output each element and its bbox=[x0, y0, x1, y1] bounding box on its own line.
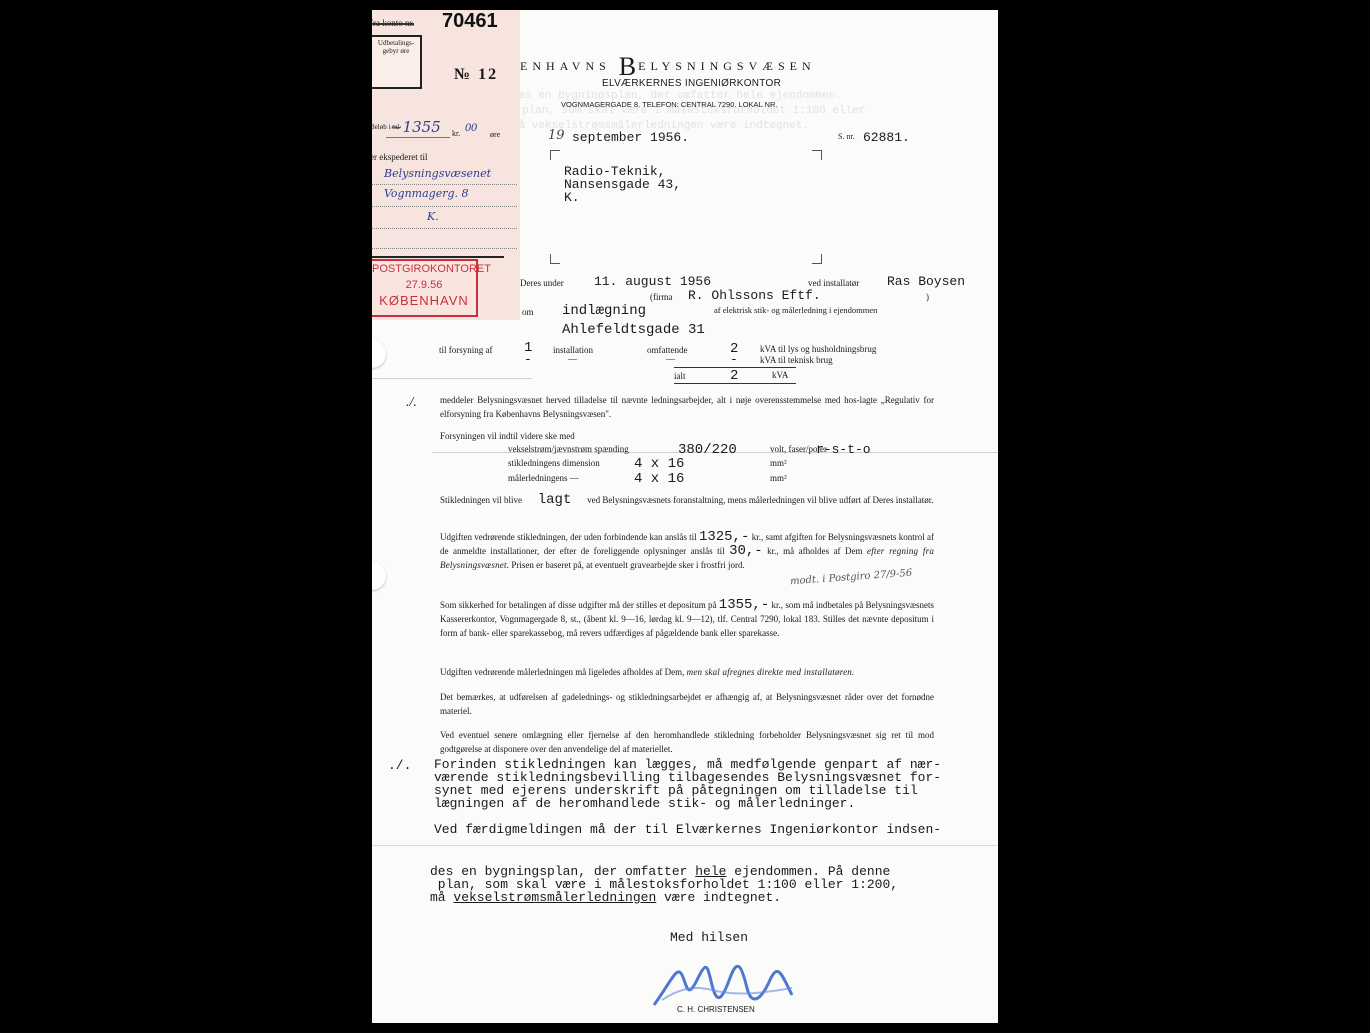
punch-hole bbox=[372, 562, 386, 590]
postal-giro-slip: Fra konto nr. 70461 Udbetalings-gebyr ør… bbox=[372, 10, 520, 320]
supply-intro: Forsyningen vil indtil videre ske med bbox=[440, 431, 575, 441]
kva-tech-value: - bbox=[730, 352, 738, 367]
installer-value: Ras Boysen bbox=[887, 274, 965, 289]
om-value: indlægning bbox=[562, 303, 646, 319]
supply-row-unit: mm² bbox=[770, 473, 787, 483]
property-address: Ahlefeldtsgade 31 bbox=[562, 322, 705, 338]
supply-label: til forsyning af bbox=[439, 345, 493, 355]
window-corner bbox=[550, 254, 560, 264]
row2-count: - bbox=[524, 352, 532, 367]
ore-label: øre bbox=[490, 130, 500, 139]
material-note: Det bemærkes, at udførelsen af gadeledni… bbox=[440, 690, 934, 718]
window-corner bbox=[550, 150, 560, 160]
supply-row-extra: r-s-t-o bbox=[816, 442, 871, 457]
kva-light-label: kVA til lys og husholdningsbrug bbox=[760, 344, 876, 354]
dotted-line bbox=[372, 248, 517, 249]
supply-row-value: 4 x 16 bbox=[634, 456, 684, 472]
removal-note: Ved eventuel senere omlægning eller fjer… bbox=[440, 728, 934, 756]
laid-paragraph: Stikledningen vil blive lagt ved Belysni… bbox=[440, 493, 934, 507]
account-label: Fra konto nr. bbox=[372, 18, 414, 28]
divider bbox=[372, 256, 504, 258]
fold-line bbox=[372, 845, 998, 846]
total-unit: kVA bbox=[772, 370, 788, 380]
fold-line bbox=[372, 378, 532, 379]
enclosure-mark: ./. bbox=[388, 758, 411, 773]
window-corner bbox=[812, 150, 822, 160]
supply-row-label: målerledningens — bbox=[508, 473, 579, 483]
date-typed: september 1956. bbox=[572, 130, 689, 145]
firma-value: R. Ohlssons Eftf. bbox=[688, 288, 821, 303]
deres-under-label: Deres under bbox=[520, 278, 564, 288]
recipient-address: Radio-Teknik,Nansensgade 43,K. bbox=[564, 165, 681, 204]
kr-label: kr. bbox=[452, 129, 460, 138]
punch-hole bbox=[372, 340, 386, 368]
typed-paragraph-completion-cont: des en bygningsplan, der omfatter hele e… bbox=[430, 865, 950, 904]
date-day-handwritten: 19 bbox=[548, 128, 565, 143]
s-nr-value: 62881. bbox=[863, 130, 910, 145]
dotted-line bbox=[372, 206, 517, 207]
row2-omf: — bbox=[666, 354, 675, 364]
total-value: 2 bbox=[730, 368, 738, 384]
supply-row-value: 380/220 bbox=[678, 442, 737, 458]
account-number: 70461 bbox=[442, 10, 498, 33]
deposit-paragraph: Som sikkerhed for betalingen af disse ud… bbox=[440, 598, 934, 640]
kva-tech-label: kVA til teknisk brug bbox=[760, 355, 833, 365]
fee-box: Udbetalings-gebyr øre bbox=[372, 35, 422, 89]
supply-row-value: 4 x 16 bbox=[634, 471, 684, 487]
document-page: des en bygningsplan, der omfatter hele e… bbox=[372, 10, 998, 1023]
window-corner bbox=[812, 254, 822, 264]
deres-under-value: 11. august 1956 bbox=[594, 274, 711, 289]
amount-handwritten: ~1355 bbox=[390, 118, 441, 136]
dispatched-line: Vognmagerg. 8 bbox=[384, 187, 469, 200]
dispatched-line: K. bbox=[427, 210, 439, 223]
dispatched-line: Belysningsvæsenet bbox=[384, 167, 491, 180]
signature bbox=[652, 960, 802, 1010]
om-label: om bbox=[522, 307, 534, 317]
signatory-name: C. H. CHRISTENSEN bbox=[677, 1005, 755, 1014]
row2-install: — bbox=[568, 354, 577, 364]
firma-close: ) bbox=[926, 292, 929, 302]
postgiro-stamp: POSTGIROKONTORET 27.9.56 KØBENHAVN bbox=[372, 259, 478, 317]
s-nr-label: S. nr. bbox=[838, 132, 855, 141]
amount-line bbox=[386, 137, 450, 138]
slip-number: № 12 bbox=[454, 66, 498, 84]
ore-handwritten: 00 bbox=[465, 120, 477, 135]
meter-cost-paragraph: Udgiften vedrørende målerledningen må li… bbox=[440, 665, 934, 679]
dotted-line bbox=[372, 184, 517, 185]
total-label: ialt bbox=[674, 371, 686, 381]
typed-paragraph-completion: Ved færdigmeldingen må der til Elværkern… bbox=[434, 823, 954, 836]
office-address: VOGNMAGERGADE 8. TELEFON: CENTRAL 7290. … bbox=[561, 100, 777, 109]
supply-row-label: vekselstrøm/jævnstrøm spænding bbox=[508, 444, 629, 454]
supply-row-unit: mm² bbox=[770, 458, 787, 468]
permission-paragraph: meddeler Belysningsvæsnet herved tillade… bbox=[440, 393, 934, 421]
supply-row-label: stikledningens dimension bbox=[508, 458, 600, 468]
enclosure-mark: ./. bbox=[406, 395, 417, 411]
total-rule bbox=[674, 383, 796, 384]
dotted-line bbox=[372, 228, 517, 229]
firma-label: (firma bbox=[650, 292, 673, 302]
dispatched-label: er ekspederet til bbox=[372, 152, 427, 162]
cost-paragraph: Udgiften vedrørende stikledningen, der u… bbox=[440, 530, 934, 572]
work-description: af elektrisk stik- og målerledning i eje… bbox=[714, 305, 877, 315]
typed-paragraph-return: Forinden stikledningen kan lægges, må me… bbox=[434, 758, 954, 810]
closing-greeting: Med hilsen bbox=[670, 930, 748, 945]
office-name: ELVÆRKERNES INGENIØRKONTOR bbox=[602, 78, 781, 89]
installer-label: ved installatør bbox=[808, 278, 859, 288]
